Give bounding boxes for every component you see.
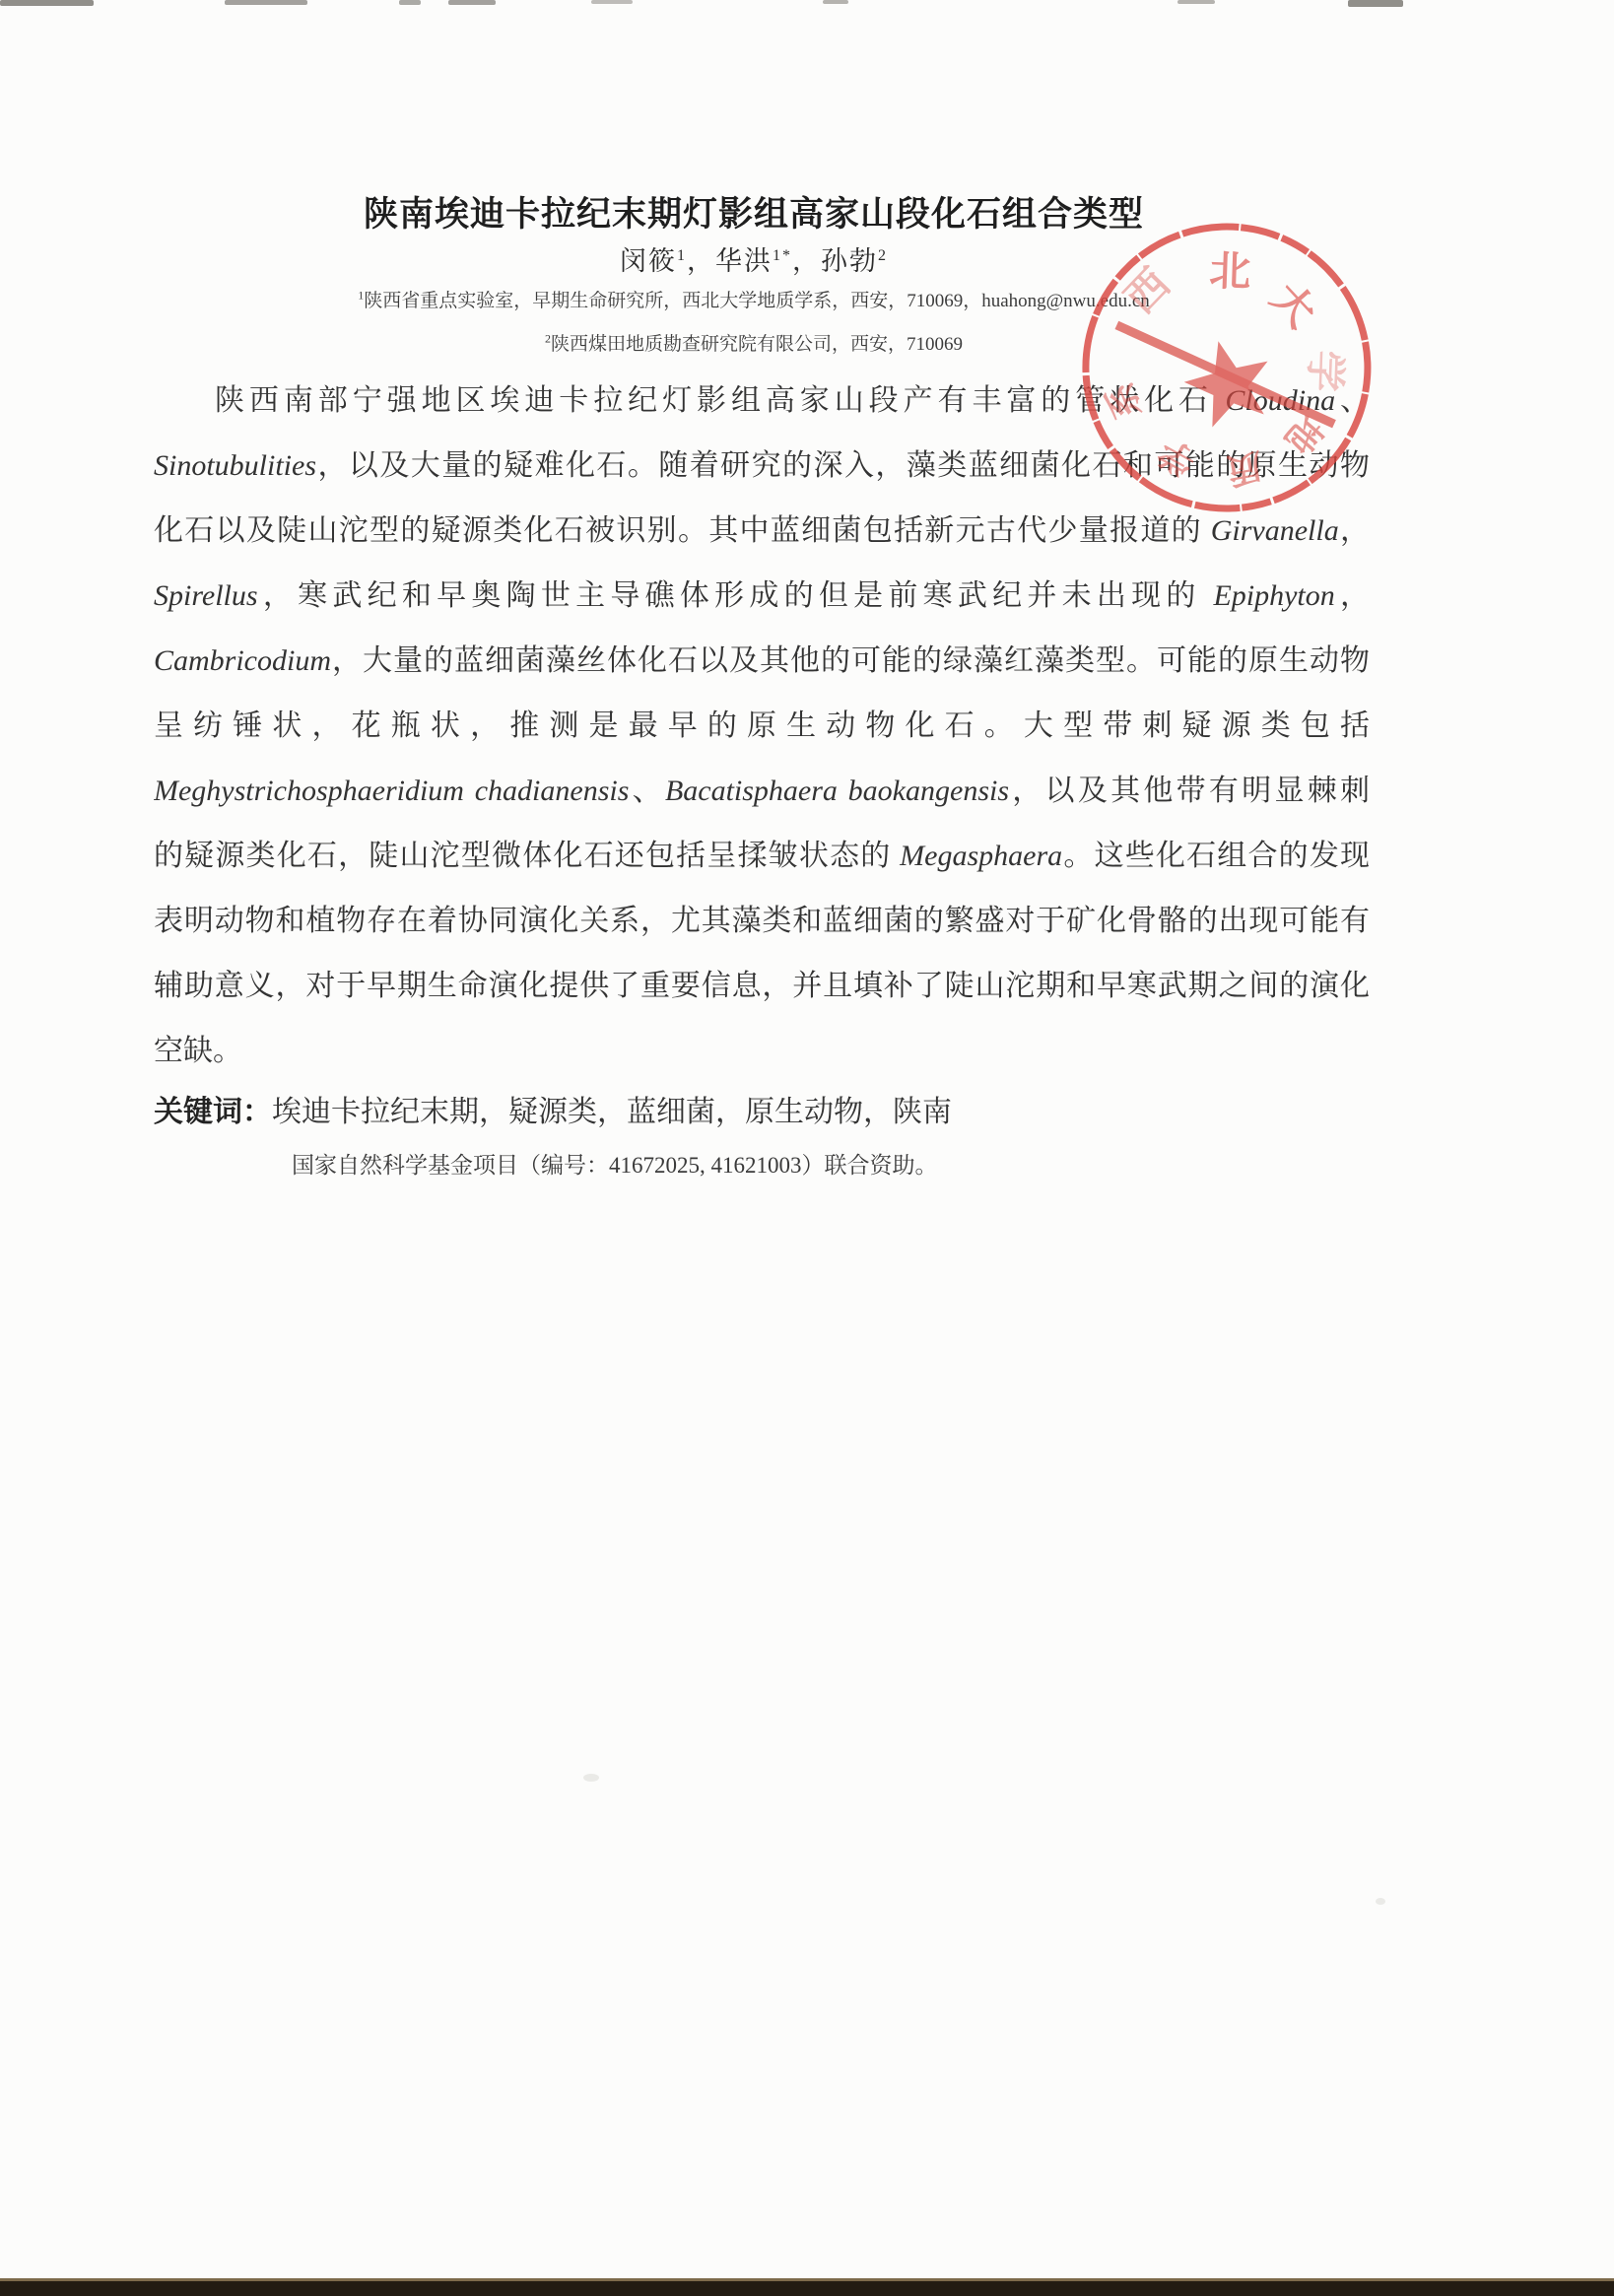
genus-name: Bacatisphaera baokangensis	[665, 775, 1009, 807]
genus-name: Sinotubulities	[154, 449, 316, 482]
abstract-text: ，寒武纪和早奥陶世主导礁体形成的但是前寒武纪并未出现的	[258, 579, 1214, 612]
author-name: 闵筱	[620, 246, 677, 276]
abstract-line: Spirellus，寒武纪和早奥陶世主导礁体形成的但是前寒武纪并未出现的 Epi…	[154, 564, 1370, 629]
abstract-text: 表明动物和植物存在着协同演化关系，尤其藻类和蓝细菌的繁盛对于矿化骨骼的出现可能有	[154, 905, 1370, 937]
author-affiliation-mark: 1*	[773, 247, 792, 264]
author-affiliation-mark: 2	[878, 247, 888, 264]
seal-character: 系	[1099, 378, 1148, 425]
abstract-text: ，	[1335, 579, 1370, 612]
keywords-line: 关键词：埃迪卡拉纪末期，疑源类，蓝细菌，原生动物，陕南	[154, 1080, 1370, 1145]
abstract-line: Cambricodium，大量的蓝细菌藻丝体化石以及其他的可能的绿藻红藻类型。可…	[154, 629, 1370, 694]
abstract-text: 。这些化石组合的发现	[1062, 840, 1370, 872]
abstract-line: 空缺。	[154, 1019, 1370, 1084]
scan-artifact	[591, 0, 633, 4]
genus-name: Epiphyton	[1213, 579, 1334, 612]
seal-character: 学	[1152, 431, 1202, 483]
author-name: 孙勃	[821, 246, 878, 276]
scan-artifact	[0, 0, 94, 6]
abstract-line: 辅助意义，对于早期生命演化提供了重要信息，并且填补了陡山沱期和早寒武期之间的演化	[154, 954, 1370, 1019]
funding-note: 国家自然科学基金项目（编号：41672025, 41621003）联合资助。	[292, 1143, 1376, 1188]
abstract-text: 辅助意义，对于早期生命演化提供了重要信息，并且填补了陡山沱期和早寒武期之间的演化	[154, 970, 1370, 1002]
abstract-text: 呈纺锤状，花瓶状，推测是最早的原生动物化石。大型带刺疑源类包括	[154, 709, 1370, 742]
abstract-line: 表明动物和植物存在着协同演化关系，尤其藻类和蓝细菌的繁盛对于矿化骨骼的出现可能有	[154, 889, 1370, 954]
genus-name: Cambricodium	[154, 644, 331, 677]
scan-artifact	[823, 0, 848, 4]
genus-name: Megasphaera	[900, 840, 1062, 872]
keywords-text: 埃迪卡拉纪末期，疑源类，蓝细菌，原生动物，陕南	[272, 1096, 952, 1128]
author-affiliation-mark: 1	[677, 247, 687, 264]
genus-name: Meghystrichosphaeridium chadianensis	[154, 775, 629, 807]
red-seal-stamp-icon: 西北大学地质学系	[1072, 215, 1381, 524]
abstract-text: ，	[1339, 514, 1370, 547]
abstract-text: 陕西南部宁强地区埃迪卡拉纪灯影组高家山段产有丰富的管状化石	[215, 384, 1225, 417]
abstract-text: 、	[629, 775, 665, 807]
scan-artifact	[399, 0, 421, 5]
scan-artifact	[448, 0, 496, 5]
author-separator: ，	[687, 246, 715, 276]
scan-artifact	[225, 0, 307, 5]
genus-name: Spirellus	[154, 579, 258, 612]
seal-character: 学	[1302, 350, 1349, 393]
author-separator: ，	[792, 246, 821, 276]
abstract-text: 化石以及陡山沱型的疑源类化石被识别。其中蓝细菌包括新元古代少量报道的	[154, 514, 1211, 547]
seal-character: 大	[1262, 274, 1324, 336]
abstract-text: 的疑源类化石，陡山沱型微体化石还包括呈揉皱状态的	[154, 840, 900, 872]
author-name: 华洪	[715, 246, 773, 276]
abstract-line: 的疑源类化石，陡山沱型微体化石还包括呈揉皱状态的 Megasphaera。这些化…	[154, 824, 1370, 889]
abstract-text: ，以及其他带有明显棘刺	[1009, 775, 1370, 807]
abstract-line: Meghystrichosphaeridium chadianensis、Bac…	[154, 759, 1370, 824]
seal-character: 质	[1224, 445, 1266, 492]
keywords-label: 关键词：	[154, 1096, 272, 1128]
abstract-text: ，大量的蓝细菌藻丝体化石以及其他的可能的绿藻红藻类型。可能的原生动物	[331, 644, 1370, 677]
affiliation-text: 陕西省重点实验室，早期生命研究所，西北大学地质学系，西安，710069，huah…	[364, 291, 1150, 311]
scan-artifact	[583, 1774, 599, 1782]
abstract-line: 呈纺锤状，花瓶状，推测是最早的原生动物化石。大型带刺疑源类包括	[154, 694, 1370, 759]
scanned-document-page: 陕南埃迪卡拉纪末期灯影组高家山段化石组合类型 闵筱1，华洪1*，孙勃2 1陕西省…	[0, 0, 1614, 2296]
scan-artifact	[1348, 0, 1403, 7]
scan-bottom-edge	[0, 2278, 1614, 2296]
abstract-text: 空缺。	[154, 1035, 242, 1067]
affiliation-text: 陕西煤田地质勘查研究院有限公司，西安，710069	[551, 334, 963, 355]
scan-artifact	[1177, 0, 1215, 4]
seal-character: 北	[1208, 247, 1251, 295]
seal-star	[1177, 331, 1280, 432]
scan-artifact	[1376, 1898, 1385, 1905]
